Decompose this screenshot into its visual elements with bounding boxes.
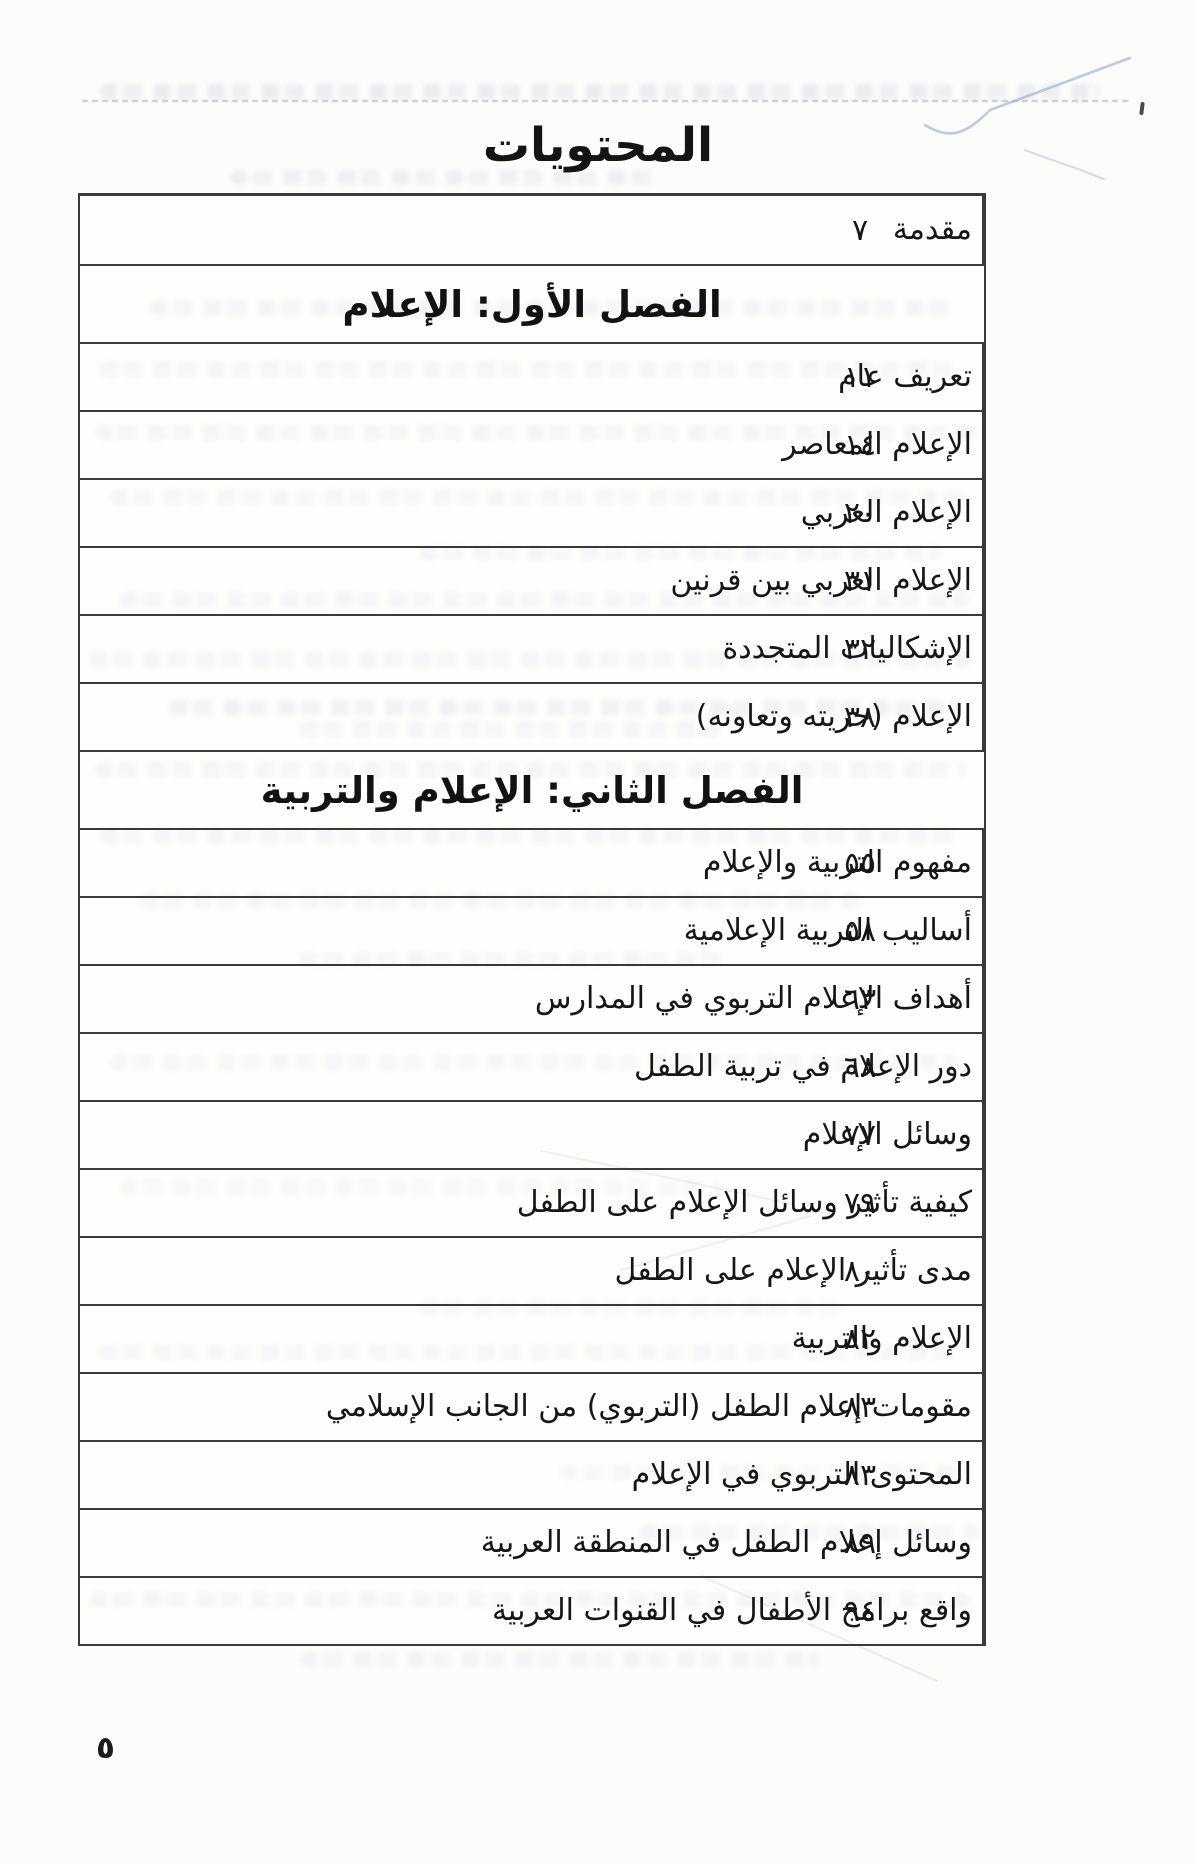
toc-entry-page-number: ٨٣ — [738, 1442, 984, 1508]
toc-row: أساليب التربية الإعلامية ٥٨ — [80, 896, 984, 964]
toc-entry-page-number: ٩٤ — [738, 1578, 984, 1644]
toc-entry-page-number: ٦٨ — [738, 1034, 984, 1100]
toc-entry-page-number: ٧ — [738, 196, 984, 264]
toc-entry-page-number: ١١ — [738, 344, 984, 410]
toc-entry-page-number: ٣٢ — [738, 616, 984, 682]
toc-row: الإعلام العربي ٢٠ — [80, 478, 984, 546]
toc-row: تعريف عام ١١ — [80, 342, 984, 410]
toc-row: أهداف الإعلام التربوي في المدارس ٦٣ — [80, 964, 984, 1032]
toc-entry-page-number: ١٤ — [738, 412, 984, 478]
toc-row: واقع برامج الأطفال في القنوات العربية ٩٤ — [80, 1576, 984, 1644]
toc-row: الإشكاليات المتجددة ٣٢ — [80, 614, 984, 682]
toc-row: مقومات إعلام الطفل (التربوي) من الجانب ا… — [80, 1372, 984, 1440]
toc-row: مدى تأثير الإعلام على الطفل ٨٠ — [80, 1236, 984, 1304]
toc-row: الإعلام العربي بين قرنين ٣١ — [80, 546, 984, 614]
toc-entry-page-number: ٨٣ — [738, 1374, 984, 1440]
page-title: المحتويات — [0, 118, 1196, 173]
toc-row: الإعلام (حريته وتعاونه) ٣٨ — [80, 682, 984, 750]
toc-table: مقدمة ٧ الفصل الأول: الإعلام تعريف عام ١… — [78, 193, 986, 1646]
toc-chapter-title: الفصل الثاني: الإعلام والتربية — [80, 752, 984, 828]
toc-entry-page-number: ٨٩ — [738, 1510, 984, 1576]
toc-entry-page-number: ٥٨ — [738, 898, 984, 964]
toc-row: الإعلام المعاصر ١٤ — [80, 410, 984, 478]
toc-row: مفهوم التربية والإعلام ٥٥ — [80, 828, 984, 896]
toc-row: المحتوى التربوي في الإعلام ٨٣ — [80, 1440, 984, 1508]
toc-entry-page-number: ٨٠ — [738, 1238, 984, 1304]
page-number: ٥ — [96, 1730, 115, 1766]
bleed-through-artifact — [300, 1652, 820, 1667]
toc-entry-page-number: ٦٣ — [738, 966, 984, 1032]
toc-entry-page-number: ٣٨ — [738, 684, 984, 750]
toc-chapter-row: الفصل الأول: الإعلام — [80, 264, 984, 342]
toc-row: كيفية تأثير وسائل الإعلام على الطفل ٧٩ — [80, 1168, 984, 1236]
scanned-page: المحتويات مقدمة ٧ الفصل الأول: الإعلام ت… — [0, 0, 1196, 1863]
toc-entry-page-number: ٨٢ — [738, 1306, 984, 1372]
toc-row: الإعلام والتربية ٨٢ — [80, 1304, 984, 1372]
toc-entry-page-number: ٣١ — [738, 548, 984, 614]
toc-entry-page-number: ٧٧ — [738, 1102, 984, 1168]
toc-row: وسائل الإعلام ٧٧ — [80, 1100, 984, 1168]
toc-chapter-title: الفصل الأول: الإعلام — [80, 266, 984, 342]
toc-row: مقدمة ٧ — [80, 196, 984, 264]
toc-entry-page-number: ٢٠ — [738, 480, 984, 546]
toc-row: دور الإعلام في تربية الطفل ٦٨ — [80, 1032, 984, 1100]
toc-entry-page-number: ٧٩ — [738, 1170, 984, 1236]
toc-row: وسائل إعلام الطفل في المنطقة العربية ٨٩ — [80, 1508, 984, 1576]
toc-chapter-row: الفصل الثاني: الإعلام والتربية — [80, 750, 984, 828]
toc-entry-page-number: ٥٥ — [738, 830, 984, 896]
